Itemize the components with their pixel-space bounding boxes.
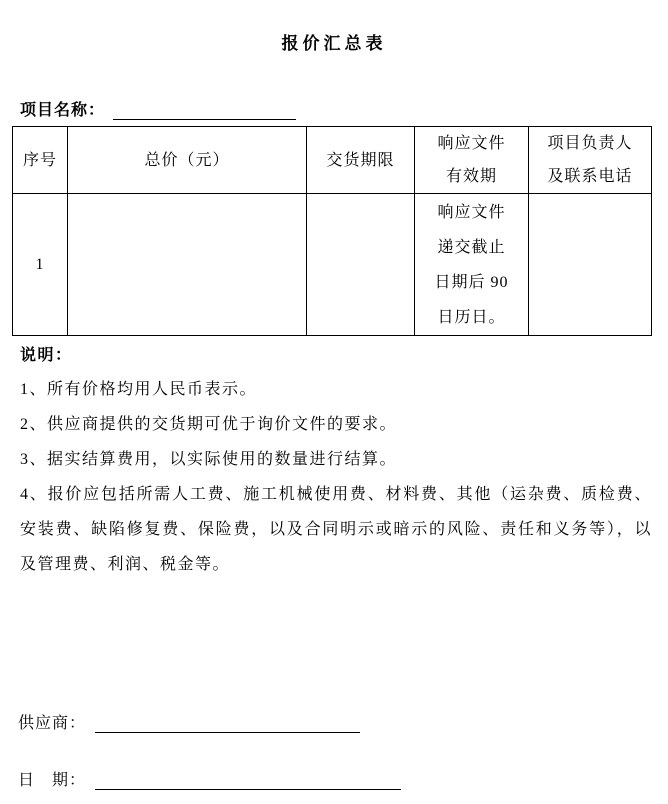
- col-header-seq: 序号: [13, 127, 68, 194]
- note-item-4: 4、报价应包括所需人工费、施工机械使用费、材料费、其他（运杂费、质检费、安装费、…: [20, 477, 652, 582]
- col-header-delivery: 交货期限: [307, 127, 415, 194]
- cell-contact: [529, 194, 652, 336]
- note-item-1: 1、所有价格均用人民币表示。: [20, 372, 652, 407]
- col-header-total-price: 总价（元）: [68, 127, 307, 194]
- table-row: 1 响应文件递交截止日期后 90 日历日。: [13, 194, 652, 336]
- cell-validity: 响应文件递交截止日期后 90 日历日。: [415, 194, 529, 336]
- project-name-label: 项目名称：: [20, 102, 105, 119]
- project-name-line: 项目名称：: [20, 97, 296, 120]
- quote-summary-table: 序号 总价（元） 交货期限 响应文件有效期 项目负责人及联系电话 1 响应文件递…: [12, 126, 652, 336]
- supplier-line: 供应商：: [18, 710, 360, 733]
- cell-validity-text: 响应文件递交截止日期后 90 日历日。: [430, 195, 514, 335]
- document-title: 报价汇总表: [0, 29, 668, 54]
- notes-heading: 说明：: [20, 339, 652, 372]
- col-header-validity-text: 响应文件有效期: [430, 127, 514, 193]
- col-header-contact-text: 项目负责人及联系电话: [540, 127, 640, 193]
- supplier-blank: [95, 715, 360, 733]
- notes-section: 说明： 1、所有价格均用人民币表示。 2、供应商提供的交货期可优于询价文件的要求…: [20, 339, 652, 582]
- table-header-row: 序号 总价（元） 交货期限 响应文件有效期 项目负责人及联系电话: [13, 127, 652, 194]
- col-header-contact: 项目负责人及联系电话: [529, 127, 652, 194]
- date-line: 日 期：: [18, 767, 401, 790]
- date-blank: [95, 772, 401, 790]
- note-item-3: 3、据实结算费用，以实际使用的数量进行结算。: [20, 442, 652, 477]
- project-name-blank: [113, 102, 296, 120]
- col-header-validity: 响应文件有效期: [415, 127, 529, 194]
- cell-seq: 1: [13, 194, 68, 336]
- document-page: 报价汇总表 项目名称： 序号 总价（元） 交货期限 响应文件有效期 项目负责人及…: [0, 0, 668, 804]
- cell-delivery: [307, 194, 415, 336]
- note-item-2: 2、供应商提供的交货期可优于询价文件的要求。: [20, 407, 652, 442]
- date-label: 日 期：: [18, 772, 86, 789]
- cell-total-price: [68, 194, 307, 336]
- supplier-label: 供应商：: [18, 715, 86, 732]
